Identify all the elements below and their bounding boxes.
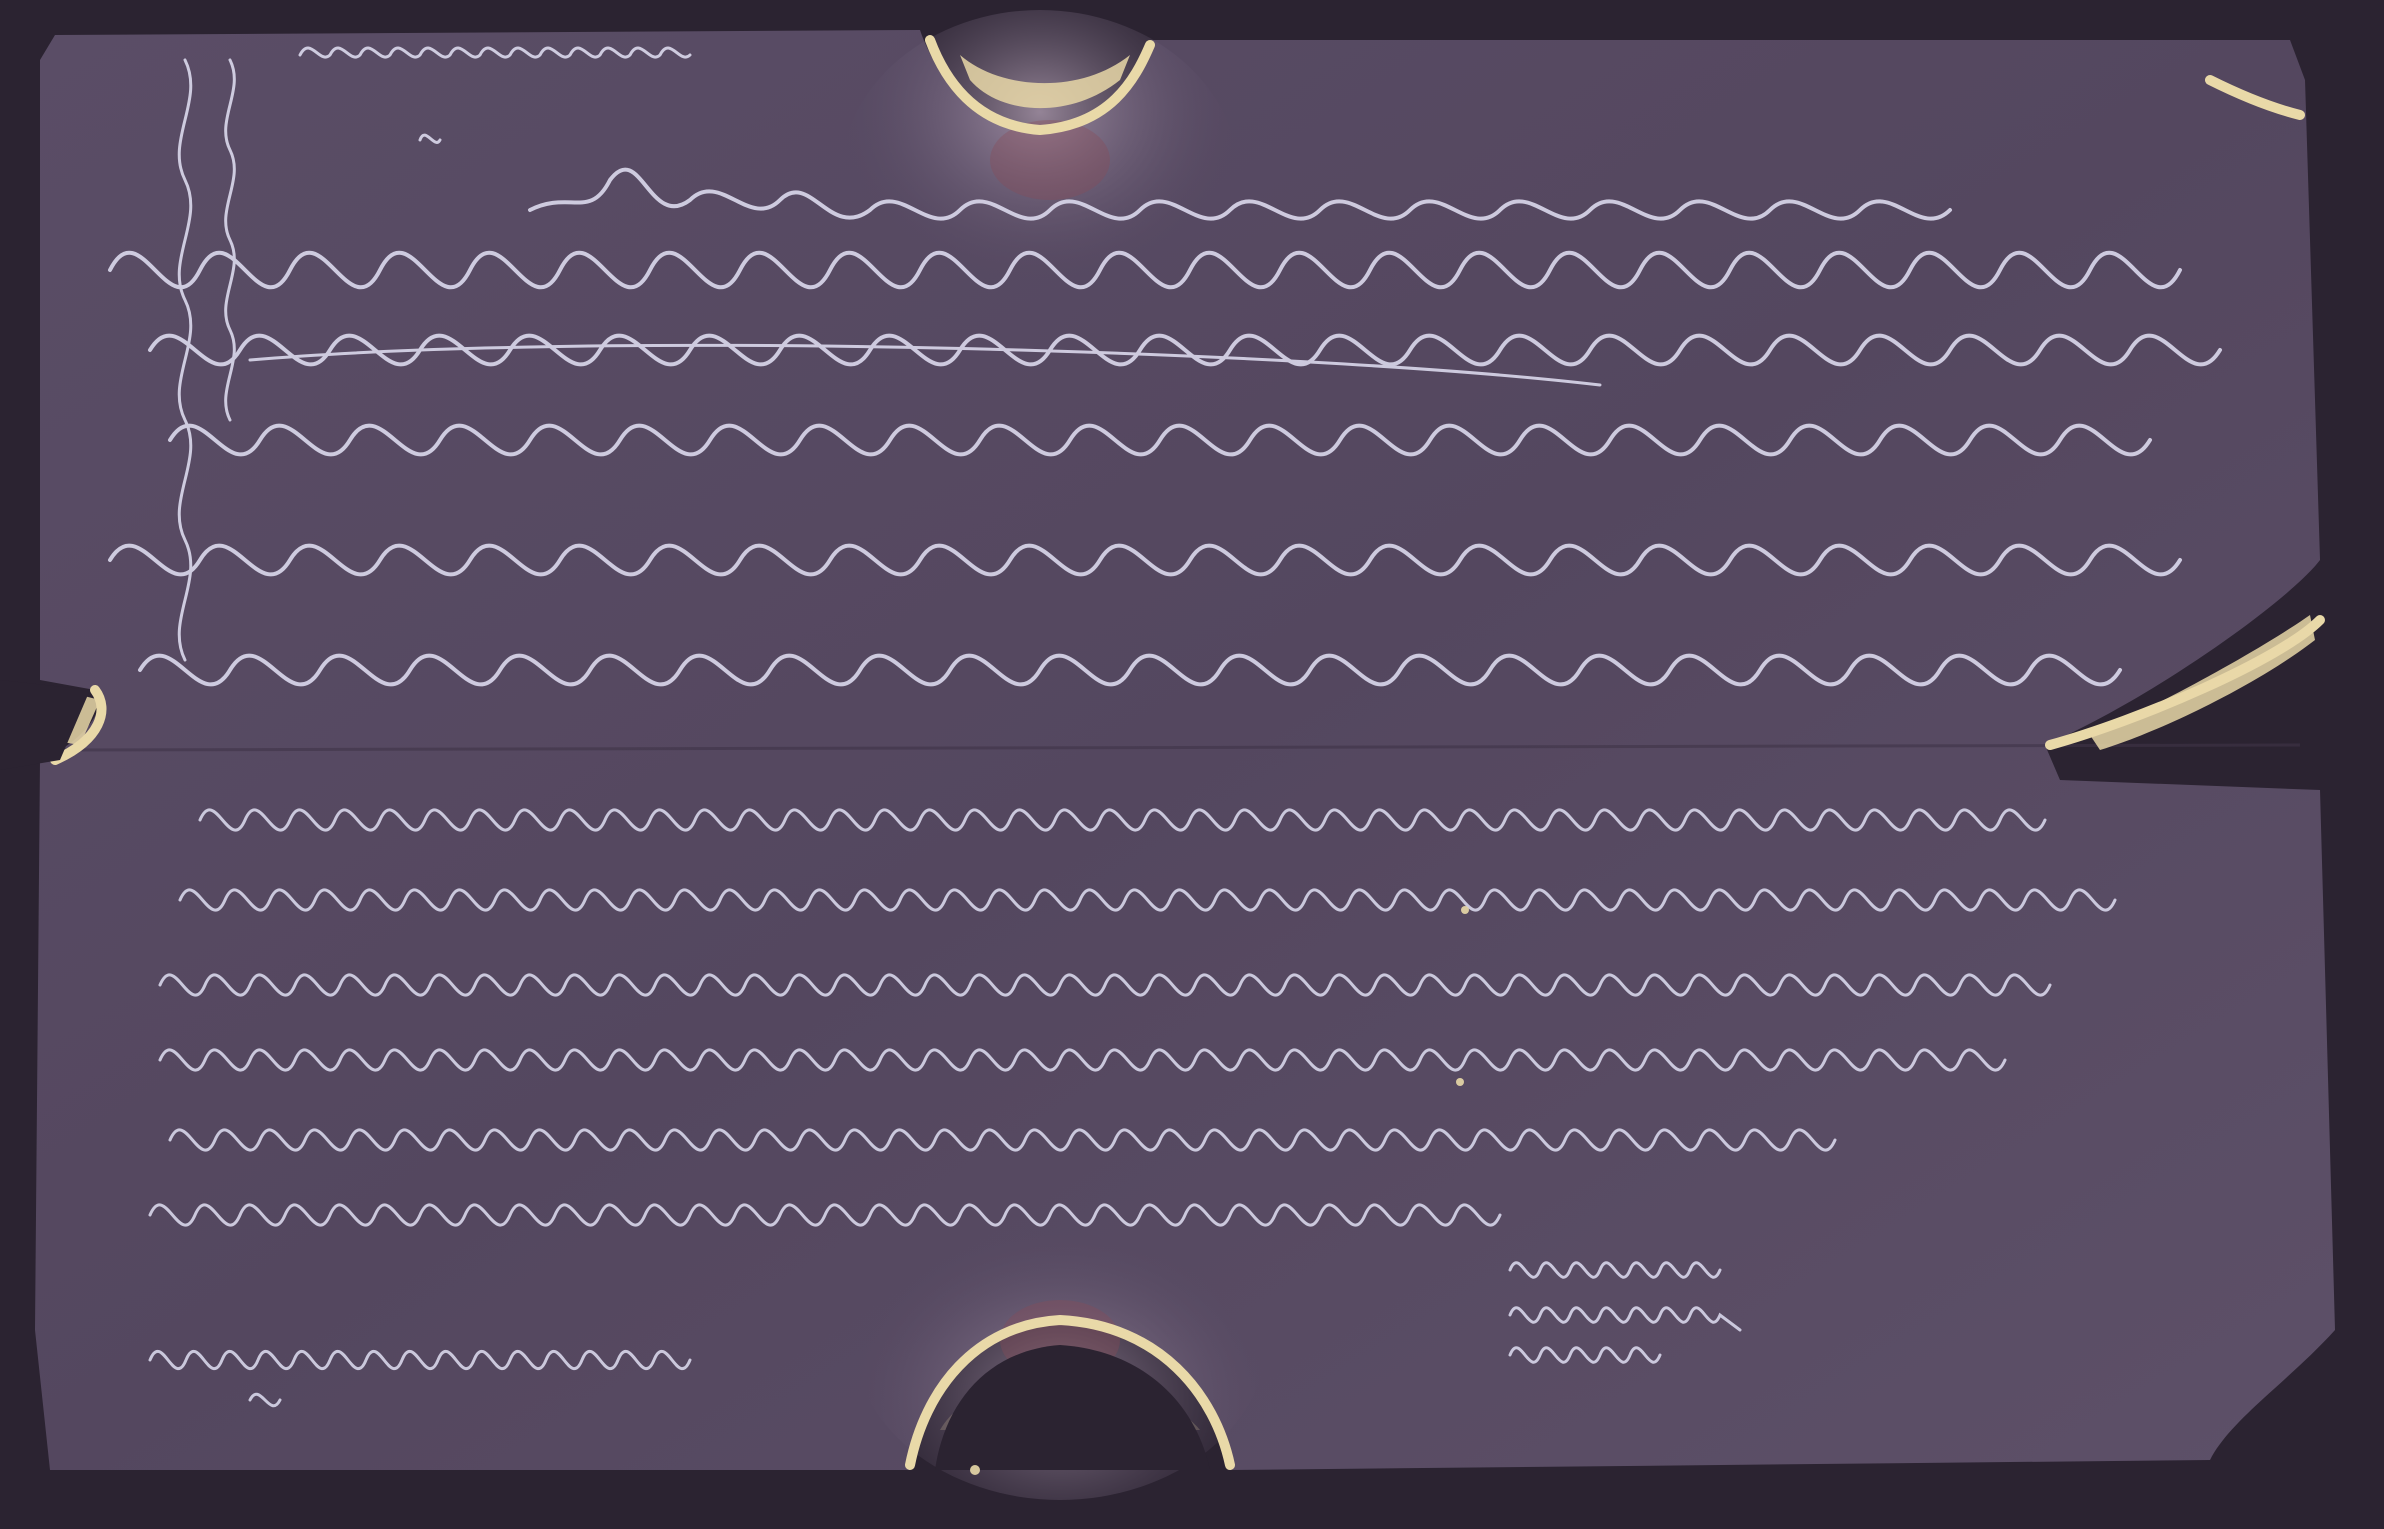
manuscript-photo bbox=[0, 0, 2384, 1529]
photo-background bbox=[0, 0, 2384, 1529]
